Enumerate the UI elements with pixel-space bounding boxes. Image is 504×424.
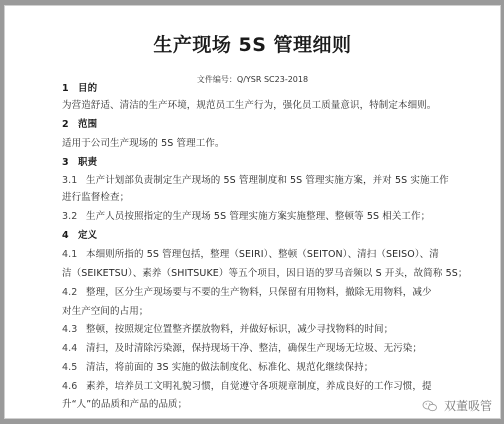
paragraph-line: 4.4清扫，及时清除污染源，保持现场干净、整洁，确保生产现场无垃圾、无污染； xyxy=(62,340,422,354)
paragraph-line: 升“人”的品质和产品的品质； xyxy=(62,396,187,410)
line-text: 范围 xyxy=(78,119,97,130)
section-number: 2 xyxy=(62,119,78,130)
line-text: 清扫，及时清除污染源，保持现场干净、整洁，确保生产现场无垃圾、无污染； xyxy=(86,343,422,354)
line-text: 目的 xyxy=(78,83,97,94)
section-number: 4 xyxy=(62,230,78,241)
paragraph-line: 进行监督检查； xyxy=(62,189,129,203)
section-heading: 1目的 xyxy=(62,80,97,94)
paragraph-line: 对生产空间的占用； xyxy=(62,303,148,317)
line-text: 为营造舒适、清洁的生产环境，规范员工生产行为，强化员工质量意识，特制定本细则。 xyxy=(62,100,436,111)
line-text: 生产计划部负责制定生产现场的 5S 管理制度和 5S 管理实施方案，并对 5S … xyxy=(86,175,449,186)
line-text: 升“人”的品质和产品的品质； xyxy=(62,399,187,410)
section-heading: 3职责 xyxy=(62,154,97,168)
section-number: 3.1 xyxy=(62,175,86,186)
section-number: 1 xyxy=(62,83,78,94)
section-number: 4.3 xyxy=(62,324,86,335)
line-text: 生产人员按照指定的生产现场 5S 管理实施方案实施整理、整顿等 5S 相关工作； xyxy=(86,211,430,222)
line-text: 整理，区分生产现场要与不要的生产物料，只保留有用物料，撤除无用物料，减少 xyxy=(86,287,432,298)
line-text: 适用于公司生产现场的 5S 管理工作。 xyxy=(62,138,225,149)
paragraph-line: 为营造舒适、清洁的生产环境，规范员工生产行为，强化员工质量意识，特制定本细则。 xyxy=(62,97,436,111)
watermark: 双董吸管 xyxy=(422,397,492,414)
section-number: 4.6 xyxy=(62,381,86,392)
line-text: 定义 xyxy=(78,230,97,241)
section-number: 4.5 xyxy=(62,362,86,373)
line-text: 素养，培养员工文明礼貌习惯，自觉遵守各项规章制度，养成良好的工作习惯，提 xyxy=(86,381,432,392)
paragraph-line: 4.6素养，培养员工文明礼貌习惯，自觉遵守各项规章制度，养成良好的工作习惯，提 xyxy=(62,378,432,392)
paragraph-line: 洁（SEIKETSU）、素养（SHITSUKE）等五个项目，因日语的罗马音频以 … xyxy=(62,265,467,279)
line-text: 清洁，将前面的 3S 实施的做法制度化、标准化、规范化继续保持； xyxy=(86,362,373,373)
section-heading: 2范围 xyxy=(62,116,97,130)
section-number: 3 xyxy=(62,157,78,168)
line-text: 对生产空间的占用； xyxy=(62,306,148,317)
paragraph-line: 4.1本细则所指的 5S 管理包括，整理（SEIRI）、整顿（SEITON）、清… xyxy=(62,246,439,260)
line-text: 本细则所指的 5S 管理包括，整理（SEIRI）、整顿（SEITON）、清扫（S… xyxy=(86,249,439,260)
paragraph-line: 4.3整顿，按照规定位置整齐摆放物料，并做好标识，减少寻找物料的时间； xyxy=(62,321,393,335)
line-text: 洁（SEIKETSU）、素养（SHITSUKE）等五个项目，因日语的罗马音频以 … xyxy=(62,268,467,279)
section-heading: 4定义 xyxy=(62,227,97,241)
paragraph-line: 3.1生产计划部负责制定生产现场的 5S 管理制度和 5S 管理实施方案，并对 … xyxy=(62,172,449,186)
section-number: 4.4 xyxy=(62,343,86,354)
document-title: 生产现场 5S 管理细则 xyxy=(4,30,501,57)
wechat-icon xyxy=(422,400,438,412)
paragraph-line: 适用于公司生产现场的 5S 管理工作。 xyxy=(62,135,225,149)
paragraph-line: 4.5清洁，将前面的 3S 实施的做法制度化、标准化、规范化继续保持； xyxy=(62,359,373,373)
section-number: 4.1 xyxy=(62,249,86,260)
section-number: 3.2 xyxy=(62,211,86,222)
watermark-text: 双董吸管 xyxy=(444,397,492,414)
section-number: 4.2 xyxy=(62,287,86,298)
paragraph-line: 4.2整理，区分生产现场要与不要的生产物料，只保留有用物料，撤除无用物料，减少 xyxy=(62,284,432,298)
line-text: 整顿，按照规定位置整齐摆放物料，并做好标识，减少寻找物料的时间； xyxy=(86,324,393,335)
document-page: 生产现场 5S 管理细则 文件编号：Q/YSR SC23-2018 1目的为营造… xyxy=(4,5,501,419)
line-text: 职责 xyxy=(78,157,97,168)
line-text: 进行监督检查； xyxy=(62,192,129,203)
paragraph-line: 3.2生产人员按照指定的生产现场 5S 管理实施方案实施整理、整顿等 5S 相关… xyxy=(62,208,430,222)
